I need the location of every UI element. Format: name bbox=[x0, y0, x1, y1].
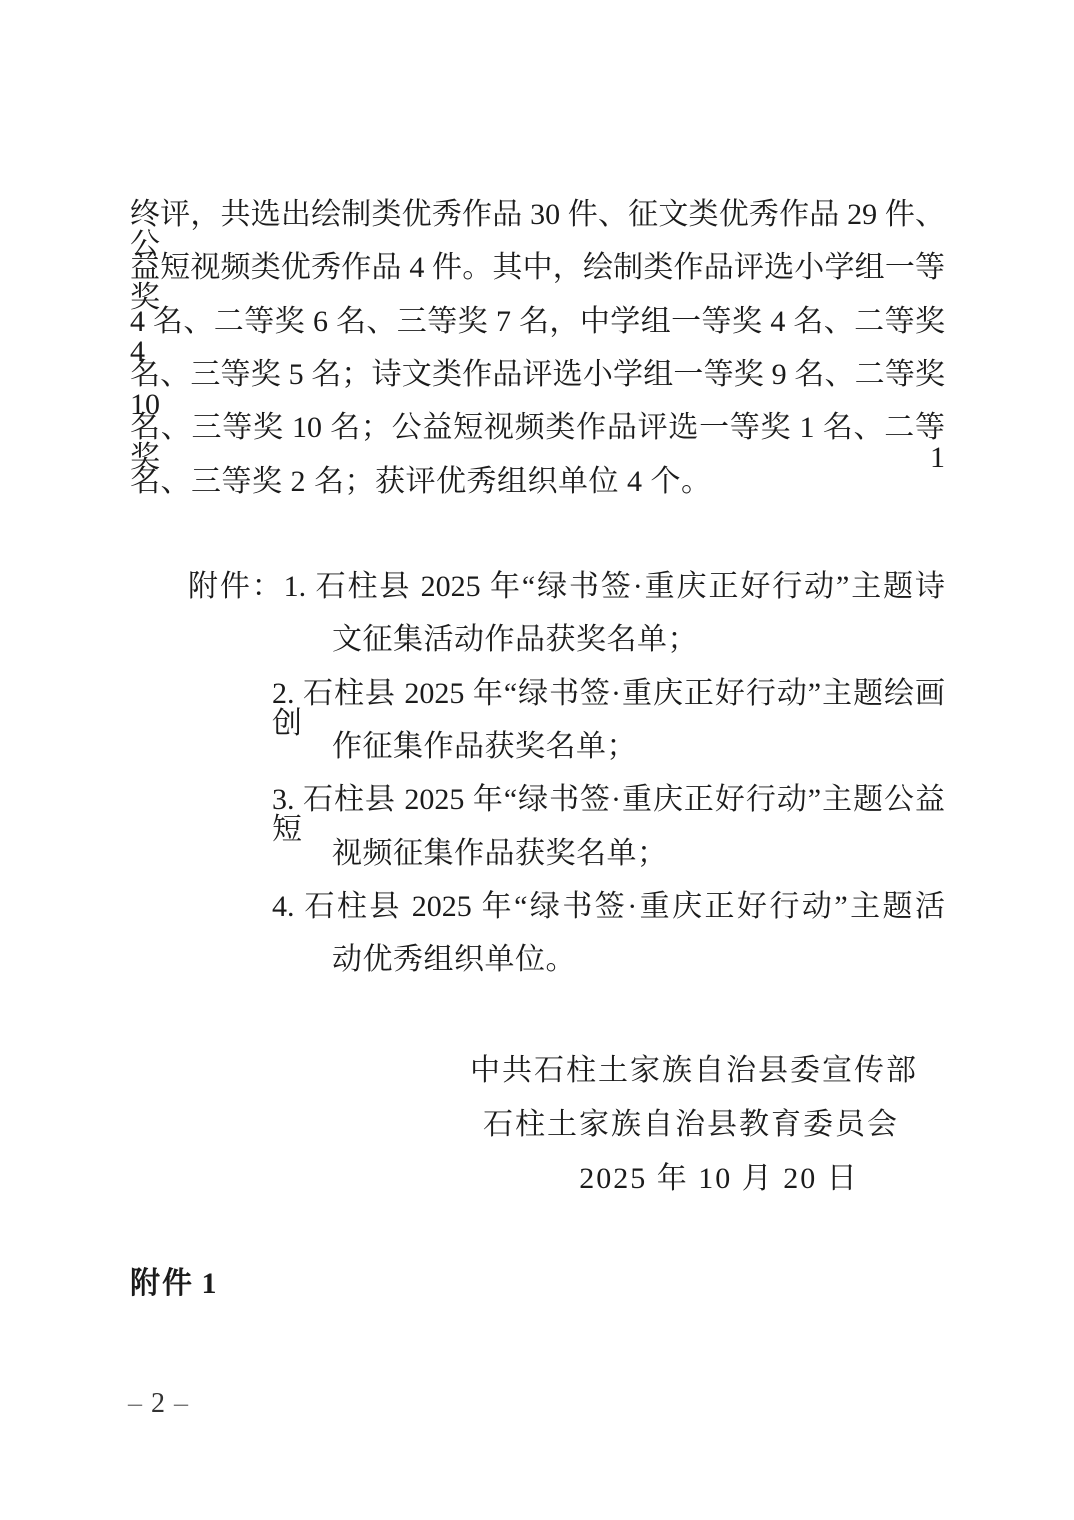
attachment-item-3-line-2: 视频征集作品获奖名单； bbox=[332, 839, 668, 869]
attachment-item-3-line-1: 3. 石柱县 2025 年“绿书签·重庆正好行动”主题公益短 bbox=[272, 785, 945, 845]
attachment-1-number: 1. bbox=[284, 570, 307, 603]
attachment-item-1-line-1: 附件：1. 石柱县 2025 年“绿书签·重庆正好行动”主题诗 bbox=[188, 572, 945, 602]
signature-org-2: 石柱土家族自治县教育委员会 bbox=[483, 1110, 899, 1140]
attachment-item-4-line-1: 4. 石柱县 2025 年“绿书签·重庆正好行动”主题活 bbox=[272, 892, 945, 922]
signature-date: 2025 年 10 月 20 日 bbox=[579, 1164, 859, 1194]
attachment-item-4-line-2: 动优秀组织单位。 bbox=[332, 945, 576, 975]
page-number-dash-left: – bbox=[128, 1388, 142, 1419]
attachment-4-title: 石柱县 2025 年“绿书签·重庆正好行动”主题活 bbox=[304, 890, 945, 923]
body-line-2: 益短视频类优秀作品 4 件。其中，绘制类作品评选小学组一等奖 bbox=[130, 253, 945, 313]
attachment-2-number: 2. bbox=[272, 677, 295, 710]
attachment-item-2-line-2: 作征集作品获奖名单； bbox=[332, 732, 637, 762]
page-number-value: 2 bbox=[142, 1388, 174, 1419]
page-number-dash-right: – bbox=[174, 1388, 188, 1419]
appendix-1-heading: 附件 1 bbox=[130, 1268, 217, 1300]
signature-org-1: 中共石柱土家族自治县委宣传部 bbox=[470, 1056, 918, 1086]
document-page: 终评，共选出绘制类优秀作品 30 件、征文类优秀作品 29 件、公 益短视频类优… bbox=[0, 0, 1074, 1520]
attachment-4-number: 4. bbox=[272, 890, 295, 923]
attachment-3-number: 3. bbox=[272, 783, 295, 816]
body-line-6: 名、三等奖 2 名；获评优秀组织单位 4 个。 bbox=[130, 467, 712, 497]
attachments-label: 附件： bbox=[188, 570, 284, 603]
attachment-item-1-line-2: 文征集活动作品获奖名单； bbox=[332, 625, 698, 655]
body-line-5: 名、三等奖 10 名；公益短视频类作品评选一等奖 1 名、二等奖 1 bbox=[130, 413, 945, 473]
page-number: –2– bbox=[128, 1390, 188, 1418]
appendix-heading-label: 附件 bbox=[130, 1267, 194, 1300]
attachment-1-title: 石柱县 2025 年“绿书签·重庆正好行动”主题诗 bbox=[316, 570, 945, 603]
appendix-heading-number: 1 bbox=[202, 1267, 217, 1300]
